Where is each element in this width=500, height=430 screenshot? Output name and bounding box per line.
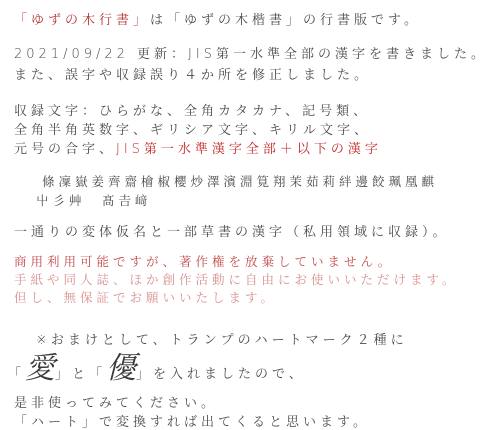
- font-readme-page: 「ゆずの木行書」は「ゆずの木楷書」の行書版です。 2021/09/22 更新：J…: [0, 0, 500, 430]
- title-description: は「ゆずの木楷書」の行書版です。: [150, 13, 421, 28]
- charset-line-2: 全角半角英数字、ギリシア文字、キリル文字、: [14, 121, 492, 140]
- update-block: 2021/09/22 更新：JIS第一水準全部の漢字を書きました。 また、誤字や…: [14, 44, 492, 86]
- update-line-2: また、誤字や収録誤り４か所を修正しました。: [14, 65, 492, 86]
- charset-line-3: 元号の合字、JIS第一水準漢字全部＋以下の漢字: [14, 140, 492, 159]
- charset-line-3-red: JIS第一水準漢字全部＋以下の漢字: [116, 142, 382, 157]
- extra-kanji-block: 條凜嶽姜齊齋檜椒櫻炒澤濱淵筧翔茉茹莉絆邊餃珮凰麒 屮彡艸 髙𠮷﨑: [14, 172, 492, 210]
- charset-block: 収録文字：ひらがな、全角カタカナ、記号類、 全角半角英数字、ギリシア文字、キリル…: [14, 102, 492, 159]
- bonus-kanji-line: 「愛」と「優」を入れましたので、: [8, 350, 492, 394]
- update-line-1: 2021/09/22 更新：JIS第一水準全部の漢字を書きました。: [14, 44, 492, 65]
- font-name-gyosho: 「ゆずの木行書」: [14, 13, 150, 28]
- hentaigana-line: 一通りの変体仮名と一部草書の漢字（私用領域に収録）。: [14, 223, 492, 242]
- charset-line-3-black: 元号の合字、: [14, 142, 116, 157]
- bonus-block: ※おまけとして、トランプのハートマーク２種に 「愛」と「優」を入れましたので、 …: [14, 331, 492, 430]
- bonus-try-line: 是非使ってみてください。: [14, 394, 492, 413]
- extra-kanji-line-2: 屮彡艸 髙𠮷﨑: [14, 191, 492, 210]
- bonus-convert-line: 「ハート」で変換すれば出てくると思います。: [14, 413, 492, 430]
- ai-kanji-sample: 愛: [25, 351, 55, 386]
- title-line: 「ゆずの木行書」は「ゆずの木楷書」の行書版です。: [14, 10, 492, 32]
- open-bracket: 「: [8, 367, 25, 382]
- yuu-kanji-sample: 優: [106, 351, 136, 386]
- bonus-intro-line: ※おまけとして、トランプのハートマーク２種に: [14, 331, 492, 350]
- extra-kanji-line-1: 條凜嶽姜齊齋檜椒櫻炒澤濱淵筧翔茉茹莉絆邊餃珮凰麒: [14, 172, 492, 191]
- license-line-3: 但し、無保証でお願いいたします。: [14, 289, 492, 307]
- license-block: 商用利用可能ですが、著作権を放棄していません。 手紙や同人誌、ほか創作活動に自由…: [14, 253, 492, 307]
- license-line-2: 手紙や同人誌、ほか創作活動に自由にお使いいただけます。: [14, 271, 492, 289]
- mid-brackets: 」と「: [55, 367, 106, 382]
- charset-line-1: 収録文字：ひらがな、全角カタカナ、記号類、: [14, 102, 492, 121]
- close-bracket-text: 」を入れましたので、: [136, 367, 306, 382]
- license-line-1: 商用利用可能ですが、著作権を放棄していません。: [14, 253, 492, 271]
